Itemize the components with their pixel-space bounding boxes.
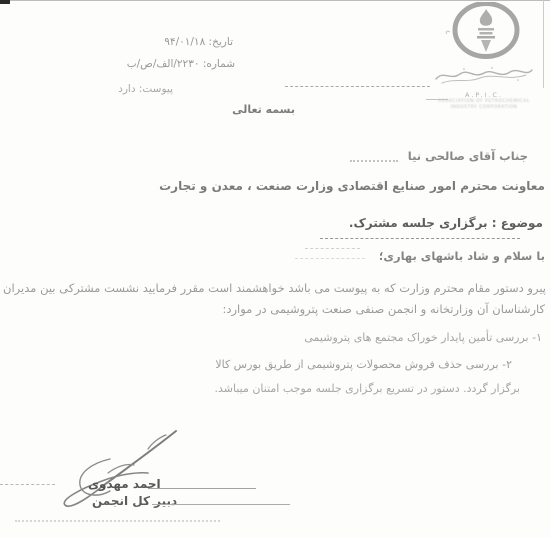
association-emblem-icon [445, 2, 523, 60]
scan-edge-line-right [543, 0, 544, 88]
greeting-line: با سلام و شاد باشهای بهاری؛ [379, 249, 545, 263]
list-item-2: ۲- بررسی حذف فروش محصولات پتروشیمی از طر… [215, 358, 512, 371]
body-paragraph-line2: کارشناسان آن وزارتخانه و انجمن صنفی صنعت… [222, 302, 545, 316]
scan-dash-artifact [0, 484, 55, 485]
bismillah-heading: بسمه تعالی [232, 103, 295, 116]
scan-dots-artifact [15, 520, 220, 522]
scan-corner-mark [0, 0, 10, 4]
scan-dash-artifact [285, 86, 430, 87]
recipient-name: جناب آقای صالحی نیا [408, 149, 528, 163]
signature-title: دبیر کل انجمن [92, 494, 177, 508]
list-item-1: ۱- بررسی تأمین پایدار خوراک مجتمع های پت… [304, 331, 542, 344]
recipient-title: معاونت محترم امور صنایع اقتصادی وزارت صن… [159, 179, 545, 193]
scan-dash-artifact [305, 248, 360, 249]
org-subtext-line2: INDUSTRY CORPORATION [428, 105, 540, 111]
scan-edge-line-top [0, 0, 550, 1]
letter-number-field: شماره: ۲۲۳۰/الف/ص/ب [127, 58, 235, 70]
scan-line-artifact [152, 504, 290, 505]
body-paragraph-line1: پیرو دستور مقام محترم وزارت که به پیوست … [0, 281, 546, 295]
letter-attachment-field: پیوست: دارد [118, 83, 173, 95]
org-name-calligraphy-icon [434, 64, 534, 86]
scanned-letter-page: تاریخ: ۹۴/۰۱/۱۸ شماره: ۲۲۳۰/الف/ص/ب پیوس… [0, 0, 550, 538]
closing-line: برگزار گردد. دستور در تسریع برگزاری جلسه… [214, 382, 520, 395]
scan-dash-artifact [295, 258, 365, 259]
subject-line: موضوع : برگزاری جلسه مشترک. [349, 216, 543, 230]
subject-underline [320, 238, 520, 239]
org-acronym: A.P.I.C. [428, 91, 540, 99]
letterhead-logo: A.P.I.C. ASSOCIATION OF PETROCHEMICAL IN… [428, 2, 540, 111]
scan-dots-artifact [350, 160, 398, 162]
letter-date-field: تاریخ: ۹۴/۰۱/۱۸ [164, 36, 233, 48]
scan-line-artifact [148, 488, 256, 489]
